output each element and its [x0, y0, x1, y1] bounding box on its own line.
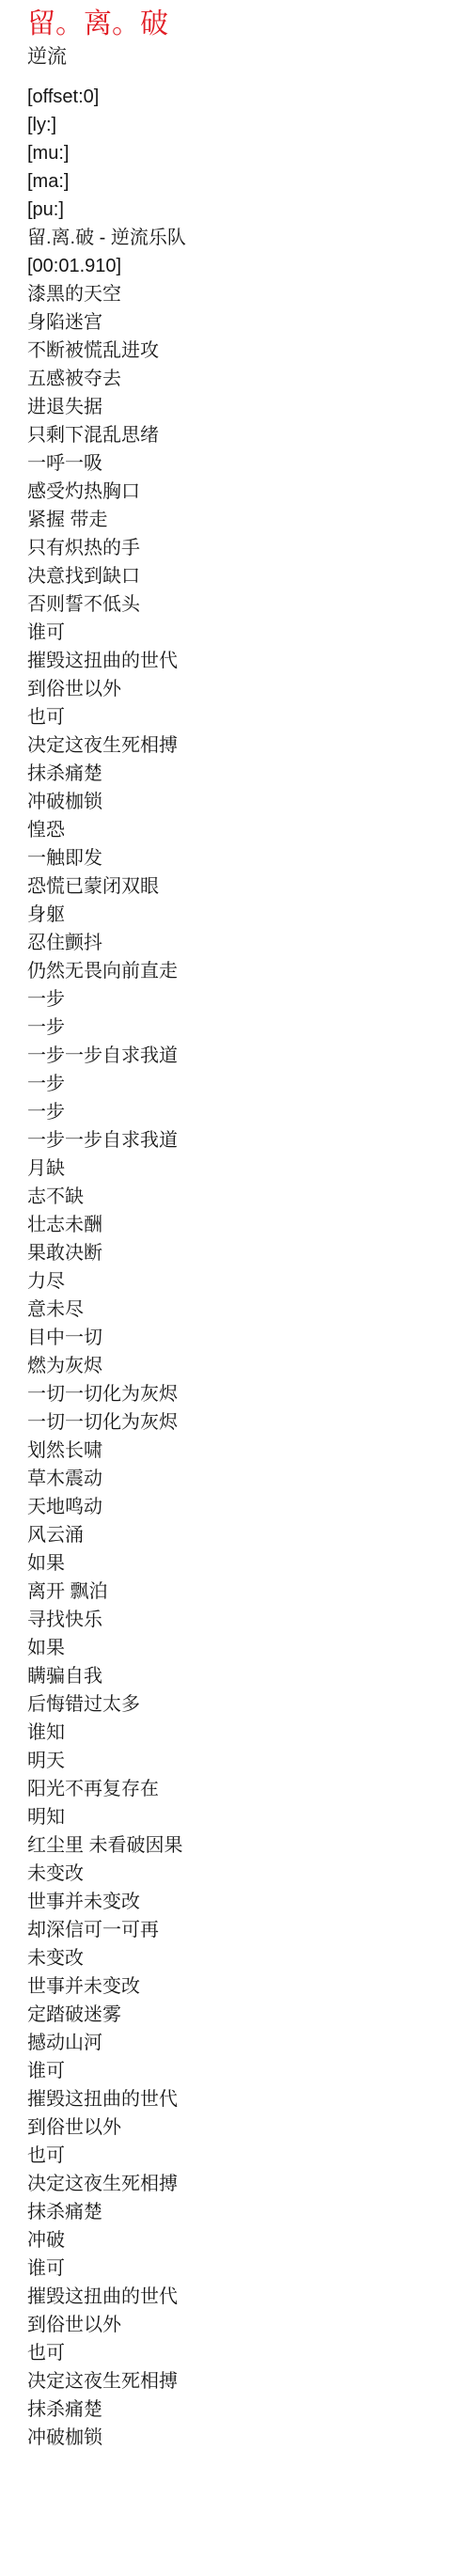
- lyric-line: 燃为灰烬: [27, 1352, 461, 1380]
- lyric-line: 明天: [27, 1747, 461, 1775]
- lyric-line: 一步一步自求我道: [27, 1126, 461, 1154]
- lyric-line: 志不缺: [27, 1183, 461, 1211]
- lyric-line: 谁知: [27, 1719, 461, 1747]
- lyric-line: 世事并未变改: [27, 1972, 461, 2001]
- lyric-line: [pu:]: [27, 196, 461, 224]
- lyric-line: 天地鸣动: [27, 1493, 461, 1521]
- lyric-line: 壮志未酬: [27, 1211, 461, 1239]
- lyric-line: 谁可: [27, 619, 461, 647]
- lyric-line: 瞒骗自我: [27, 1662, 461, 1690]
- song-title: 留。离。破: [27, 6, 461, 43]
- lyric-line: 目中一切: [27, 1324, 461, 1352]
- lyric-line: 紧握 带走: [27, 506, 461, 534]
- lyric-line: 抹杀痛楚: [27, 2395, 461, 2424]
- lyric-line: 一呼一吸: [27, 449, 461, 478]
- lyric-line: 红尘里 未看破因果: [27, 1831, 461, 1860]
- lyric-line: 决定这夜生死相搏: [27, 2170, 461, 2198]
- lyric-line: 撼动山河: [27, 2029, 461, 2057]
- lyric-line: 否则誓不低头: [27, 590, 461, 619]
- lyric-line: 力尽: [27, 1267, 461, 1296]
- lyric-line: [00:01.910]: [27, 252, 461, 280]
- lyric-line: 世事并未变改: [27, 1888, 461, 1916]
- lyric-line: [ly:]: [27, 111, 461, 139]
- lyric-line: 仍然无畏向前直走: [27, 957, 461, 985]
- lyric-line: 一步: [27, 1013, 461, 1042]
- lyric-line: 决定这夜生死相搏: [27, 731, 461, 760]
- lyric-line: 冲破枷锁: [27, 788, 461, 816]
- lyrics-body: [offset:0][ly:][mu:][ma:][pu:]留.离.破 - 逆流…: [27, 83, 461, 2452]
- lyric-line: 惶恐: [27, 816, 461, 844]
- lyric-line: 未变改: [27, 1860, 461, 1888]
- lyric-line: 冲破枷锁: [27, 2424, 461, 2452]
- lyric-line: 五感被夺去: [27, 365, 461, 393]
- lyric-line: 意未尽: [27, 1296, 461, 1324]
- lyric-line: 也可: [27, 2142, 461, 2170]
- lyric-line: 却深信可一可再: [27, 1916, 461, 1944]
- lyric-line: 冲破: [27, 2226, 461, 2254]
- lyric-line: 抹杀痛楚: [27, 2198, 461, 2226]
- lyric-line: 一步: [27, 1098, 461, 1126]
- lyric-line: 身陷迷宫: [27, 308, 461, 337]
- lyric-line: 忍住颤抖: [27, 929, 461, 957]
- lyric-line: 只有炽热的手: [27, 534, 461, 562]
- lyric-line: 身躯: [27, 901, 461, 929]
- lyric-line: 后悔错过太多: [27, 1690, 461, 1719]
- lyric-line: 划然长啸: [27, 1437, 461, 1465]
- lyric-line: 一触即发: [27, 844, 461, 872]
- lyric-line: 不断被慌乱进攻: [27, 337, 461, 365]
- lyric-line: 谁可: [27, 2254, 461, 2283]
- lyric-line: 谁可: [27, 2057, 461, 2085]
- lyric-line: 一步: [27, 985, 461, 1013]
- lyric-line: 离开 飘泊: [27, 1578, 461, 1606]
- lyric-line: 到俗世以外: [27, 2311, 461, 2339]
- lyric-line: 一步一步自求我道: [27, 1042, 461, 1070]
- lyric-line: 风云涌: [27, 1521, 461, 1549]
- lyric-line: 草木震动: [27, 1465, 461, 1493]
- lyric-line: 抹杀痛楚: [27, 760, 461, 788]
- lyric-line: [mu:]: [27, 139, 461, 167]
- lyric-line: 一步: [27, 1070, 461, 1098]
- lyric-line: 到俗世以外: [27, 2113, 461, 2142]
- lyric-line: 恐慌已蒙闭双眼: [27, 872, 461, 901]
- lyric-line: 阳光不再复存在: [27, 1775, 461, 1803]
- lyric-line: 如果: [27, 1549, 461, 1578]
- lyric-line: 进退失据: [27, 393, 461, 421]
- lyric-line: 果敢决断: [27, 1239, 461, 1267]
- lyric-line: 寻找快乐: [27, 1606, 461, 1634]
- lyric-line: [ma:]: [27, 167, 461, 196]
- lyric-line: 未变改: [27, 1944, 461, 1972]
- lyric-line: 漆黑的天空: [27, 280, 461, 308]
- lyric-line: 明知: [27, 1803, 461, 1831]
- lyric-line: 月缺: [27, 1154, 461, 1183]
- lyric-line: 只剩下混乱思绪: [27, 421, 461, 449]
- lyric-line: 决意找到缺口: [27, 562, 461, 590]
- lyric-line: [offset:0]: [27, 83, 461, 111]
- lyric-line: 留.离.破 - 逆流乐队: [27, 224, 461, 252]
- lyric-line: 感受灼热胸口: [27, 478, 461, 506]
- lyric-line: 一切一切化为灰烬: [27, 1408, 461, 1437]
- lyric-line: 如果: [27, 1634, 461, 1662]
- artist-name: 逆流: [27, 43, 461, 71]
- lyric-line: 决定这夜生死相搏: [27, 2367, 461, 2395]
- lyric-line: 到俗世以外: [27, 675, 461, 703]
- lyric-line: 也可: [27, 703, 461, 731]
- lyric-line: 定踏破迷雾: [27, 2001, 461, 2029]
- lyric-line: 也可: [27, 2339, 461, 2367]
- lyric-line: 摧毁这扭曲的世代: [27, 2283, 461, 2311]
- lyric-line: 摧毁这扭曲的世代: [27, 2085, 461, 2113]
- lyrics-page: 留。离。破 逆流 [offset:0][ly:][mu:][ma:][pu:]留…: [0, 0, 470, 2452]
- lyric-line: 一切一切化为灰烬: [27, 1380, 461, 1408]
- lyric-line: 摧毁这扭曲的世代: [27, 647, 461, 675]
